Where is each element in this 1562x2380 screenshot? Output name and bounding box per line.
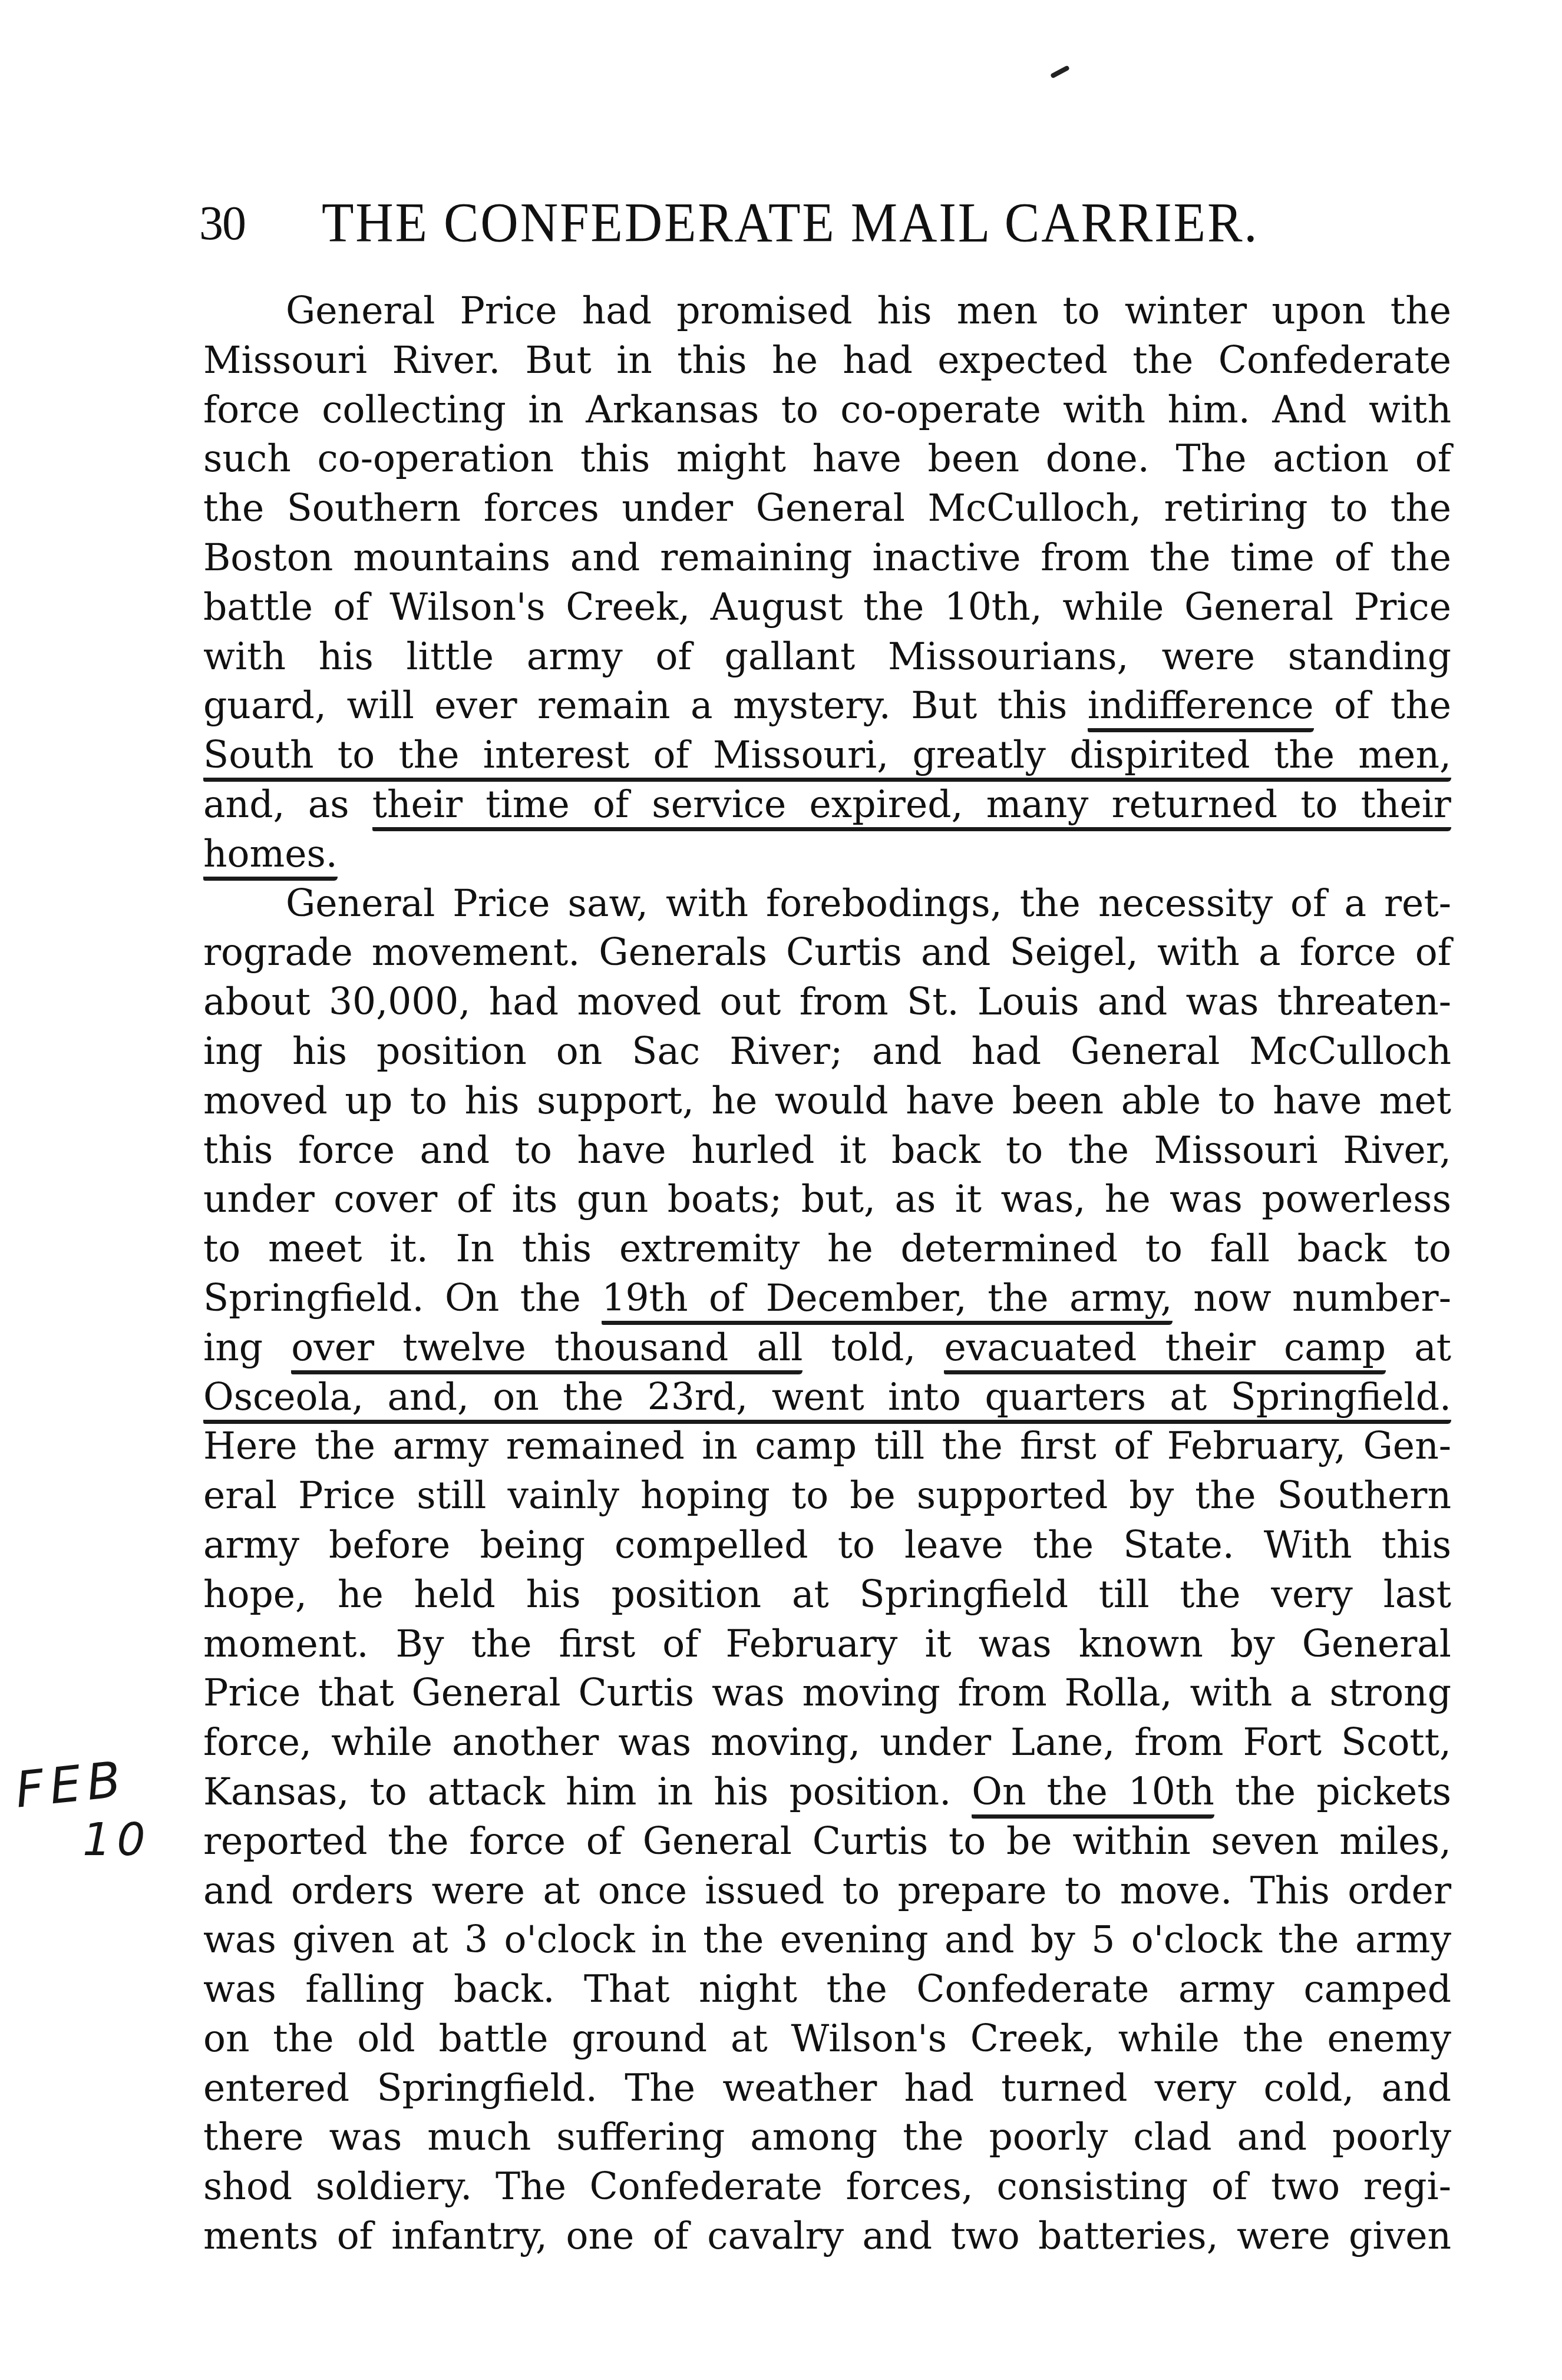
text-segment: battle of Wilson's Creek, August the 10t… (203, 586, 1451, 629)
text-segment: and, as (203, 783, 372, 826)
text-line: General Price saw, with forebodings, the… (203, 879, 1451, 928)
pen-underline: South to the interest of Missouri, great… (203, 733, 1451, 782)
text-line: Springfield. On the 19th of December, th… (203, 1274, 1451, 1323)
text-segment: rograde movement. Generals Curtis and Se… (203, 931, 1451, 974)
pen-underline: 19th of December, the army, (602, 1277, 1172, 1325)
text-segment: at (1386, 1326, 1451, 1369)
text-line: ing over twelve thousand all told, evacu… (203, 1323, 1451, 1373)
text-line: to meet it. In this extremity he determi… (203, 1224, 1451, 1274)
text-line: the Southern forces under General McCull… (203, 484, 1451, 533)
text-line: Price that General Curtis was moving fro… (203, 1668, 1451, 1718)
text-line: force collecting in Arkansas to co-opera… (203, 385, 1451, 435)
text-segment: ments of infantry, one of cavalry and tw… (203, 2214, 1451, 2257)
text-segment: Springfield. On the (203, 1277, 602, 1320)
text-segment: ing (203, 1326, 291, 1369)
text-segment: the pickets (1214, 1770, 1451, 1813)
text-segment: Missouri River. But in this he had expec… (203, 339, 1451, 382)
text-segment: and orders were at once issued to prepar… (203, 1869, 1451, 1912)
text-line: guard, will ever remain a mystery. But t… (203, 681, 1451, 730)
text-segment: Here the army remained in camp till the … (203, 1424, 1451, 1467)
text-segment: guard, will ever remain a mystery. But t… (203, 684, 1088, 727)
pen-underline: their time of service expired, many retu… (372, 783, 1451, 831)
text-line: homes. (203, 829, 1451, 879)
text-segment: under cover of its gun boats; but, as it… (203, 1178, 1451, 1221)
text-segment: was falling back. That night the Confede… (203, 1968, 1451, 2011)
pen-underline: homes. (203, 832, 338, 881)
text-line: Here the army remained in camp till the … (203, 1422, 1451, 1471)
text-line: was falling back. That night the Confede… (203, 1965, 1451, 2014)
text-line: force, while another was moving, under L… (203, 1718, 1451, 1767)
text-line: on the old battle ground at Wilson's Cre… (203, 2014, 1451, 2064)
text-segment: this force and to have hurled it back to… (203, 1129, 1451, 1172)
pen-underline: indifference (1088, 684, 1314, 732)
text-segment: hope, he held his position at Springfiel… (203, 1573, 1451, 1616)
text-line: this force and to have hurled it back to… (203, 1126, 1451, 1175)
pen-underline: over twelve thousand all (291, 1326, 803, 1374)
page-title: THE CONFEDERATE MAIL CARRIER. (322, 194, 1259, 251)
text-line: moment. By the first of February it was … (203, 1619, 1451, 1669)
text-line: Boston mountains and remaining inactive … (203, 533, 1451, 583)
body-text: General Price had promised his men to wi… (203, 286, 1451, 2261)
margin-note-day: 10 (82, 1813, 151, 1866)
text-line: General Price had promised his men to wi… (203, 286, 1451, 336)
text-segment: on the old battle ground at Wilson's Cre… (203, 2017, 1451, 2060)
text-segment: was given at 3 o'clock in the evening an… (203, 1918, 1451, 1961)
text-segment: moved up to his support, he would have b… (203, 1079, 1451, 1122)
text-segment: force collecting in Arkansas to co-opera… (203, 388, 1451, 431)
text-line: Osceola, and, on the 23rd, went into qua… (203, 1373, 1451, 1422)
text-line: under cover of its gun boats; but, as it… (203, 1175, 1451, 1224)
text-line: rograde movement. Generals Curtis and Se… (203, 928, 1451, 977)
text-segment: about 30,000, had moved out from St. Lou… (203, 980, 1451, 1023)
margin-note-month: FEB (12, 1750, 129, 1819)
text-segment: force, while another was moving, under L… (203, 1721, 1451, 1764)
text-segment: with his little army of gallant Missouri… (203, 635, 1451, 678)
text-segment: of the (1314, 684, 1451, 727)
text-line: ments of infantry, one of cavalry and tw… (203, 2212, 1451, 2261)
text-segment: there was much suffering among the poorl… (203, 2115, 1451, 2158)
text-line: army before being compelled to leave the… (203, 1520, 1451, 1570)
text-line: ing his position on Sac River; and had G… (203, 1027, 1451, 1076)
text-segment: moment. By the first of February it was … (203, 1622, 1451, 1665)
text-line: about 30,000, had moved out from St. Lou… (203, 977, 1451, 1027)
text-segment: reported the force of General Curtis to … (203, 1820, 1451, 1863)
text-segment: General Price saw, with forebodings, the… (286, 882, 1451, 925)
text-segment: shod soldiery. The Confederate forces, c… (203, 2165, 1451, 2208)
text-line: battle of Wilson's Creek, August the 10t… (203, 583, 1451, 632)
text-segment: Price that General Curtis was moving fro… (203, 1671, 1451, 1714)
text-segment: army before being compelled to leave the… (203, 1523, 1451, 1566)
text-segment: Kansas, to attack him in his position. (203, 1770, 972, 1813)
text-line: was given at 3 o'clock in the evening an… (203, 1915, 1451, 1965)
text-line: and, as their time of service expired, m… (203, 780, 1451, 829)
text-line: Missouri River. But in this he had expec… (203, 336, 1451, 385)
text-segment: entered Springfield. The weather had tur… (203, 2067, 1451, 2110)
text-segment: such co-operation this might have been d… (203, 437, 1451, 480)
text-segment: to meet it. In this extremity he determi… (203, 1227, 1451, 1270)
text-line: entered Springfield. The weather had tur… (203, 2064, 1451, 2113)
text-segment: ing his position on Sac River; and had G… (203, 1030, 1451, 1073)
text-line: reported the force of General Curtis to … (203, 1817, 1451, 1866)
running-head: 30 THE CONFEDERATE MAIL CARRIER. (199, 194, 1454, 253)
stray-pen-mark (1050, 65, 1070, 78)
text-line: such co-operation this might have been d… (203, 434, 1451, 484)
text-line: hope, he held his position at Springfiel… (203, 1570, 1451, 1619)
handwritten-margin-note: FEB 10 (13, 1756, 154, 1885)
text-segment: the Southern forces under General McCull… (203, 487, 1451, 530)
page-number: 30 (199, 199, 245, 247)
text-line: Kansas, to attack him in his position. O… (203, 1767, 1451, 1817)
pen-underline: evacuated their camp (944, 1326, 1386, 1374)
text-line: South to the interest of Missouri, great… (203, 730, 1451, 780)
text-segment: General Price had promised his men to wi… (286, 289, 1451, 332)
text-segment: eral Price still vainly hoping to be sup… (203, 1474, 1451, 1517)
text-line: with his little army of gallant Missouri… (203, 632, 1451, 682)
text-line: eral Price still vainly hoping to be sup… (203, 1471, 1451, 1520)
text-segment: told, (803, 1326, 944, 1369)
text-line: and orders were at once issued to prepar… (203, 1866, 1451, 1916)
pen-underline: On the 10th (972, 1770, 1214, 1819)
text-segment: now number- (1173, 1277, 1451, 1320)
pen-underline: Osceola, and, on the 23rd, went into qua… (203, 1376, 1451, 1424)
text-segment: Boston mountains and remaining inactive … (203, 536, 1451, 579)
text-line: moved up to his support, he would have b… (203, 1076, 1451, 1126)
text-line: there was much suffering among the poorl… (203, 2113, 1451, 2162)
text-line: shod soldiery. The Confederate forces, c… (203, 2162, 1451, 2212)
